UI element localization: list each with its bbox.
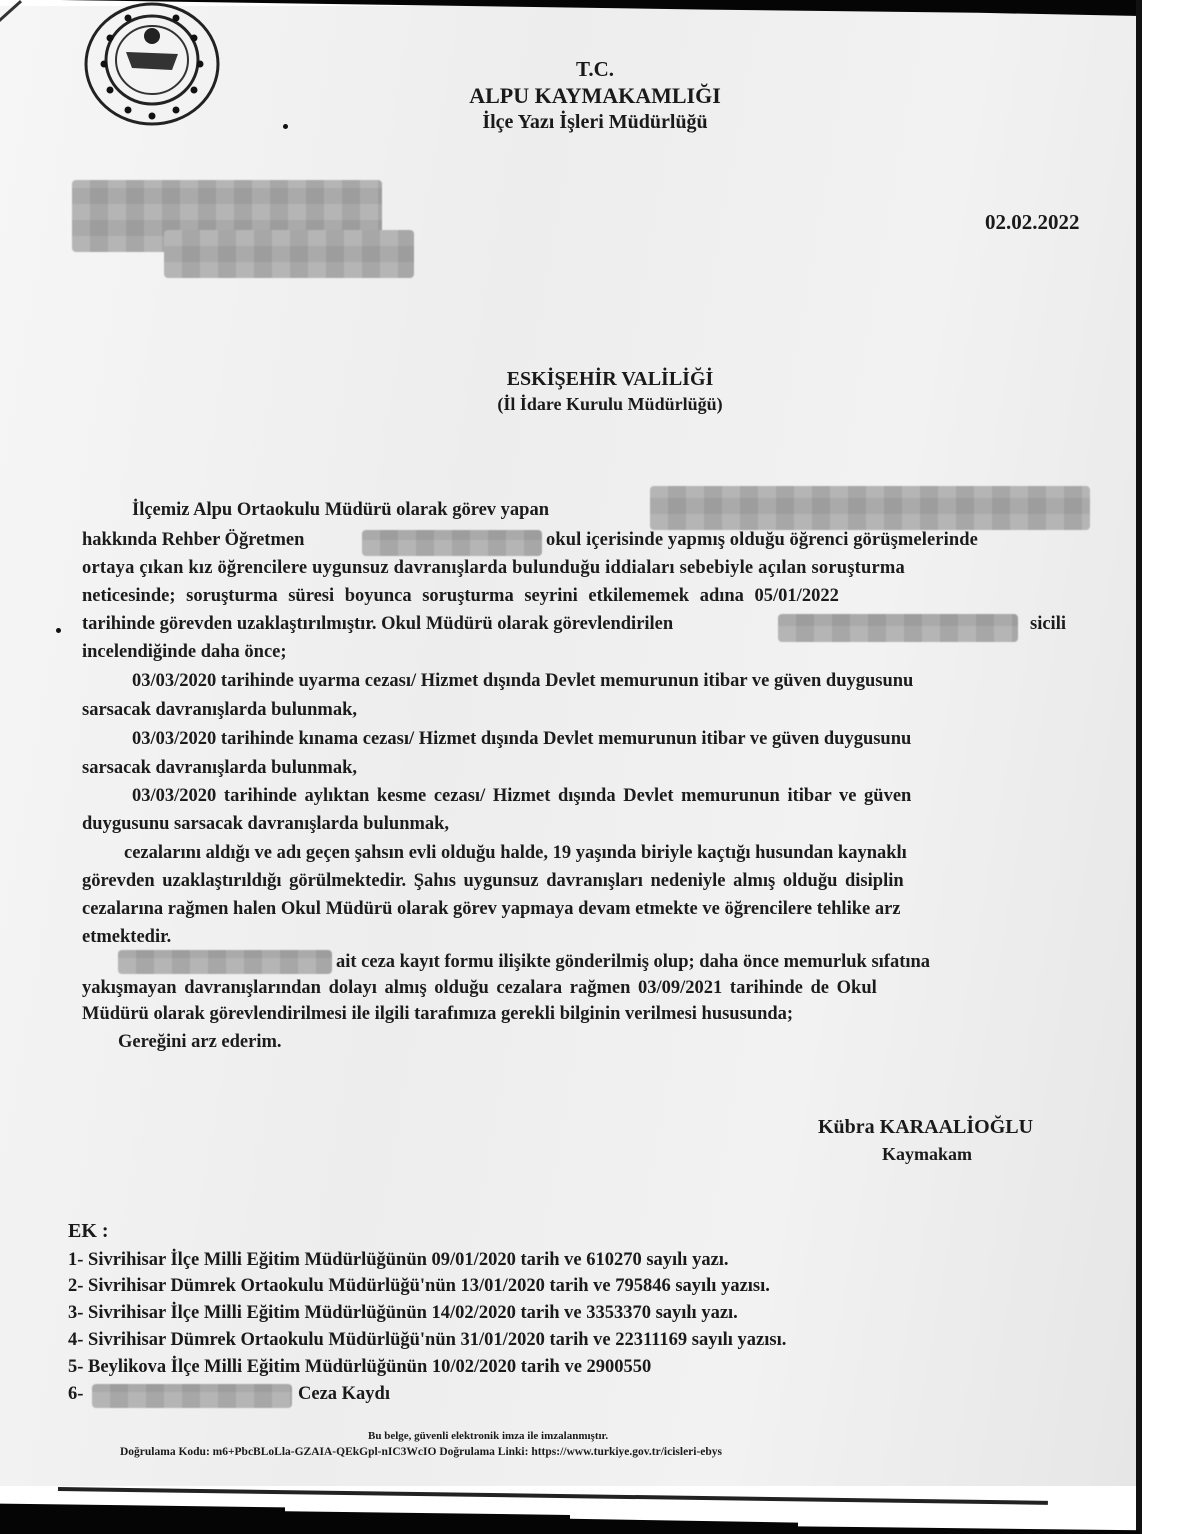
penalty-line: sarsacak davranışlarda bulunmak, xyxy=(82,758,357,779)
letterhead-country: T.C. xyxy=(430,56,760,82)
ink-speck xyxy=(283,124,288,129)
attachment-item: 2- Sivrihisar Dümrek Ortaokulu Müdürlüğü… xyxy=(68,1276,770,1297)
signatory-title: Kaymakam xyxy=(882,1144,972,1165)
attachments-heading: EK : xyxy=(68,1220,109,1243)
signatory-name: Kübra KARAALİOĞLU xyxy=(818,1116,1033,1139)
redacted-name xyxy=(778,614,1018,642)
body-line: neticesinde; soruşturma süresi boyunca s… xyxy=(82,586,839,607)
recipient-department: (İl İdare Kurulu Müdürlüğü) xyxy=(400,392,820,416)
body-line: tarihinde görevden uzaklaştırılmıştır. O… xyxy=(82,614,673,635)
redacted-reference-2 xyxy=(164,230,414,278)
letterhead-department: İlçe Yazı İşleri Müdürlüğü xyxy=(430,109,760,135)
body-line: ortaya çıkan kız öğrencilere uygunsuz da… xyxy=(82,558,905,579)
recipient-name: ESKİŞEHİR VALİLİĞİ xyxy=(400,366,820,392)
body-line: etmektedir. xyxy=(82,927,171,948)
body-line: okul içerisinde yapmış olduğu öğrenci gö… xyxy=(546,530,978,551)
body-line: İlçemiz Alpu Ortaokulu Müdürü olarak gör… xyxy=(132,500,549,521)
attachment-item: 5- Beylikova İlçe Milli Eğitim Müdürlüğü… xyxy=(68,1357,651,1378)
body-line: görevden uzaklaştırıldığı görülmektedir.… xyxy=(82,871,904,892)
penalty-line: sarsacak davranışlarda bulunmak, xyxy=(82,700,357,721)
verification-code: Doğrulama Kodu: m6+PbcBLoLla-GZAIA-QEkGp… xyxy=(120,1446,722,1458)
redacted-name xyxy=(92,1384,292,1408)
penalty-line: duygusunu sarsacak davranışlarda bulunma… xyxy=(82,814,449,835)
recipient-block: ESKİŞEHİR VALİLİĞİ (İl İdare Kurulu Müdü… xyxy=(400,366,820,416)
body-line: ait ceza kayıt formu ilişikte gönderilmi… xyxy=(336,952,930,973)
attachment-item: 4- Sivrihisar Dümrek Ortaokulu Müdürlüğü… xyxy=(68,1330,786,1351)
attachment-item: 1- Sivrihisar İlçe Milli Eğitim Müdürlüğ… xyxy=(68,1250,729,1271)
body-line: sicili xyxy=(1030,614,1066,635)
body-line: incelendiğinde daha önce; xyxy=(82,642,287,663)
body-line: Müdürü olarak görevlendirilmesi ile ilgi… xyxy=(82,1004,793,1025)
footer-rule xyxy=(58,1487,1048,1505)
body-line: hakkında Rehber Öğretmen xyxy=(82,530,304,551)
penalty-line: 03/03/2020 tarihinde aylıktan kesme ceza… xyxy=(132,786,911,807)
attachment-item: 3- Sivrihisar İlçe Milli Eğitim Müdürlüğ… xyxy=(68,1303,738,1324)
state-seal-icon xyxy=(80,2,222,126)
body-line: cezalarını aldığı ve adı geçen şahsın ev… xyxy=(124,843,907,864)
penalty-line: 03/03/2020 tarihinde uyarma cezası/ Hizm… xyxy=(132,671,913,692)
document-date: 02.02.2022 xyxy=(985,210,1080,235)
attachment-item-prefix: 6- xyxy=(68,1384,83,1405)
redacted-name xyxy=(118,950,332,974)
body-line: cezalarına rağmen halen Okul Müdürü olar… xyxy=(82,899,901,920)
scan-border-right xyxy=(1136,0,1142,1534)
body-line: yakışmayan davranışlarından dolayı almış… xyxy=(82,978,877,999)
letterhead: T.C. ALPU KAYMAKAMLIĞI İlçe Yazı İşleri … xyxy=(430,56,760,135)
e-signature-note: Bu belge, güvenli elektronik imza ile im… xyxy=(368,1430,608,1442)
letterhead-organization: ALPU KAYMAKAMLIĞI xyxy=(430,82,760,109)
scanned-document: T.C. ALPU KAYMAKAMLIĞI İlçe Yazı İşleri … xyxy=(0,0,1200,1534)
redacted-name xyxy=(650,486,1090,530)
ink-speck xyxy=(56,628,61,633)
redacted-name xyxy=(362,530,542,556)
attachment-item-suffix: Ceza Kaydı xyxy=(298,1384,390,1405)
penalty-line: 03/03/2020 tarihinde kınama cezası/ Hizm… xyxy=(132,729,911,750)
closing-line: Gereğini arz ederim. xyxy=(118,1032,282,1053)
